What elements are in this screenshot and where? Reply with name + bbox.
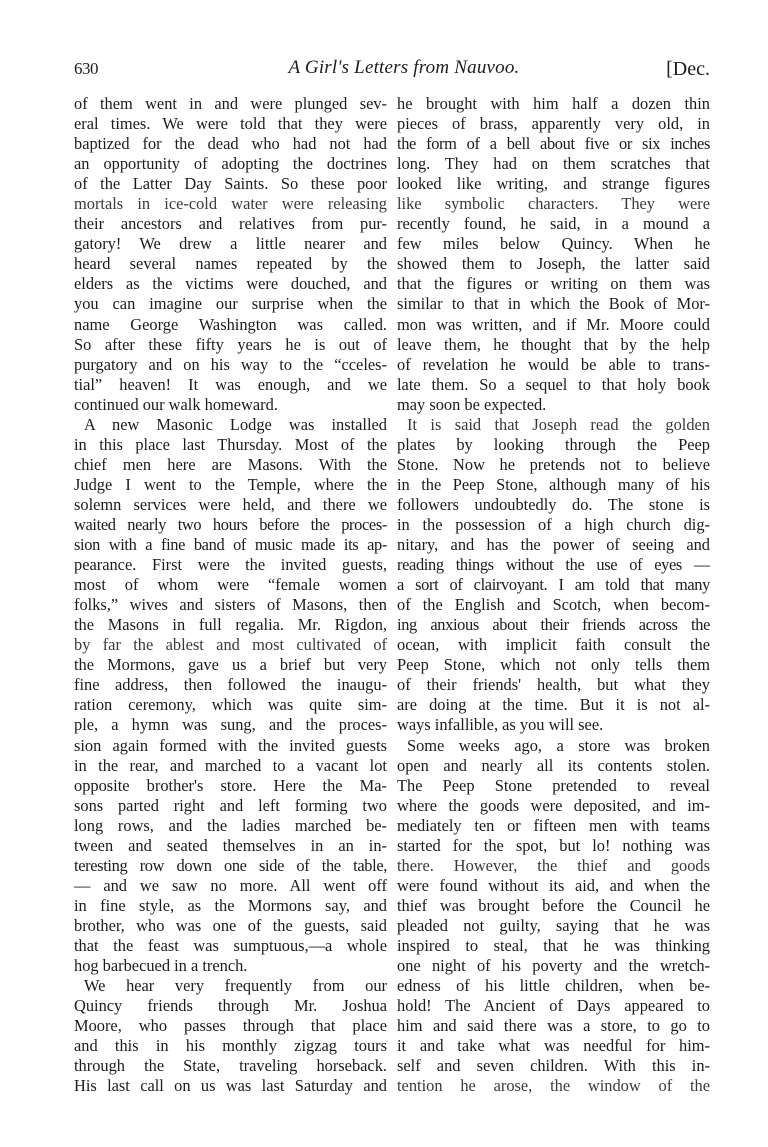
right-column-line: started for the spot, but lo! nothing wa… (397, 836, 710, 856)
right-column-line: may soon be expected. (397, 395, 710, 415)
left-column-line: that the feast was sumptuous,—a whole (74, 936, 387, 956)
right-column-line: there. However, the thief and goods (397, 856, 710, 876)
month-marker: [Dec. (666, 58, 710, 81)
right-column-line: a sort of clairvoyant. I am told that ma… (397, 575, 710, 595)
right-column-line: Stone. Now he pretends not to believe (397, 455, 710, 475)
left-column-line: eral times. We were told that they were (74, 114, 387, 134)
left-column-line: sion with a fine band of music made its … (74, 535, 387, 555)
left-column-line: brother, who was one of the guests, said (74, 916, 387, 936)
right-column-line: pieces of brass, apparently very old, in (397, 114, 710, 134)
left-column-line: A new Masonic Lodge was installed (74, 415, 387, 435)
right-column-line: of revelation he would be able to trans- (397, 355, 710, 375)
left-column-line: opposite brother's store. Here the Ma- (74, 776, 387, 796)
right-column-line: late them. So a sequel to that holy book (397, 375, 710, 395)
right-column-line: where the goods were deposited, and im- (397, 796, 710, 816)
left-column-line: of the Latter Day Saints. So these poor (74, 174, 387, 194)
right-column-line: the form of a bell about five or six inc… (397, 134, 710, 154)
right-column-line: recently found, he said, in a mound a (397, 214, 710, 234)
right-column-line: thief was brought before the Council he (397, 896, 710, 916)
right-column-line: mediately ten or fifteen men with teams (397, 816, 710, 836)
left-column-line: fine address, then followed the inaugu- (74, 675, 387, 695)
left-column-line: sion again formed with the invited guest… (74, 736, 387, 756)
page-header: 630 A Girl's Letters from Nauvoo. [Dec. (74, 56, 710, 86)
left-column-line: Judge I went to the Temple, where the (74, 475, 387, 495)
left-column-line: in fine style, as the Mormons say, and (74, 896, 387, 916)
left-column-line: by far the ablest and most cultivated of (74, 635, 387, 655)
left-column-line: most of whom were “female women (74, 575, 387, 595)
right-column-line: long. They had on them scratches that (397, 154, 710, 174)
right-column-line: like symbolic characters. They were (397, 194, 710, 214)
right-column-line: leave them, he thought that by the help (397, 335, 710, 355)
right-column-line: tention he arose, the window of the (397, 1076, 710, 1096)
left-column-line: the Mormons, gave us a brief but very (74, 655, 387, 675)
right-column-line: plates by looking through the Peep (397, 435, 710, 455)
right-column: he brought with him half a dozen thinpie… (397, 94, 710, 1096)
left-column-line: Moore, who passes through that place (74, 1016, 387, 1036)
right-column-line: him and said there was a store, to go to (397, 1016, 710, 1036)
left-column-line: teresting row down one side of the table… (74, 856, 387, 876)
document-page: 630 A Girl's Letters from Nauvoo. [Dec. … (0, 0, 768, 1147)
right-column-line: It is said that Joseph read the golden (397, 415, 710, 435)
left-column-line: chief men here are Masons. With the (74, 455, 387, 475)
left-column-line: name George Washington was called. (74, 315, 387, 335)
left-column-line: ple, a hymn was sung, and the proces- (74, 715, 387, 735)
left-column-line: an opportunity of adopting the doctrines (74, 154, 387, 174)
left-column-line: and this in his monthly zigzag tours (74, 1036, 387, 1056)
right-column-line: followers undoubtedly do. The stone is (397, 495, 710, 515)
right-column-line: nitary, and has the power of seeing and (397, 535, 710, 555)
left-column-line: in the rear, and marched to a vacant lot (74, 756, 387, 776)
right-column-line: Some weeks ago, a store was broken (397, 736, 710, 756)
right-column-line: ing anxious about their friends across t… (397, 615, 710, 635)
left-column-line: long rows, and the ladies marched be- (74, 816, 387, 836)
left-column-line: elders as the victims were douched, and (74, 274, 387, 294)
right-column-line: The Peep Stone pretended to reveal (397, 776, 710, 796)
left-column-line: gatory! We drew a little nearer and (74, 234, 387, 254)
left-column-line: His last call on us was last Saturday an… (74, 1076, 387, 1096)
left-column-line: baptized for the dead who had not had (74, 134, 387, 154)
left-column-line: tween and seated themselves in an in- (74, 836, 387, 856)
left-column-line: continued our walk homeward. (74, 395, 387, 415)
right-column-line: in the possession of a high church dig- (397, 515, 710, 535)
left-column-line: So after these fifty years he is out of (74, 335, 387, 355)
left-column-line: pearance. First were the invited guests, (74, 555, 387, 575)
right-column-line: pleaded not guilty, saying that he was (397, 916, 710, 936)
left-column-line: waited nearly two hours before the proce… (74, 515, 387, 535)
left-column-line: of them went in and were plunged sev- (74, 94, 387, 114)
right-column-line: that the figures or writing on them was (397, 274, 710, 294)
left-column-line: through the State, traveling horseback. (74, 1056, 387, 1076)
right-column-line: similar to that in which the Book of Mor… (397, 294, 710, 314)
right-column-line: it and take what was needful for him- (397, 1036, 710, 1056)
left-column-line: hog barbecued in a trench. (74, 956, 387, 976)
left-column-line: their ancestors and relatives from pur- (74, 214, 387, 234)
right-column-line: mon was written, and if Mr. Moore could (397, 315, 710, 335)
left-column-line: We hear very frequently from our (74, 976, 387, 996)
right-column-line: are doing at the time. But it is not al- (397, 695, 710, 715)
right-column-line: looked like writing, and strange figures (397, 174, 710, 194)
left-column-line: heard several names repeated by the (74, 254, 387, 274)
left-column-line: you can imagine our surprise when the (74, 294, 387, 314)
right-column-line: reading things without the use of eyes — (397, 555, 710, 575)
right-column-line: self and seven children. With this in- (397, 1056, 710, 1076)
left-column-line: sons parted right and left forming two (74, 796, 387, 816)
left-column-line: folks,” wives and sisters of Masons, the… (74, 595, 387, 615)
right-column-line: edness of his little children, when be- (397, 976, 710, 996)
right-column-line: of their friends' health, but what they (397, 675, 710, 695)
left-column-line: ration ceremony, which was quite sim- (74, 695, 387, 715)
right-column-line: ways infallible, as you will see. (397, 715, 710, 735)
right-column-line: showed them to Joseph, the latter said (397, 254, 710, 274)
left-column-line: solemn services were held, and there we (74, 495, 387, 515)
right-column-line: of the English and Scotch, when becom- (397, 595, 710, 615)
right-column-line: ocean, with implicit faith consult the (397, 635, 710, 655)
right-column-line: hold! The Ancient of Days appeared to (397, 996, 710, 1016)
left-column-line: Quincy friends through Mr. Joshua (74, 996, 387, 1016)
left-column-line: the Masons in full regalia. Mr. Rigdon, (74, 615, 387, 635)
right-column-line: Peep Stone, which not only tells them (397, 655, 710, 675)
left-column-line: purgatory and on his way to the “cceles- (74, 355, 387, 375)
right-column-line: one night of his poverty and the wretch- (397, 956, 710, 976)
right-column-line: were found without its aid, and when the (397, 876, 710, 896)
right-column-line: he brought with him half a dozen thin (397, 94, 710, 114)
right-column-line: open and nearly all its contents stolen. (397, 756, 710, 776)
left-column-line: — and we saw no more. All went off (74, 876, 387, 896)
left-column-line: mortals in ice-cold water were releasing (74, 194, 387, 214)
running-title: A Girl's Letters from Nauvoo. (74, 57, 710, 79)
right-column-line: in the Peep Stone, although many of his (397, 475, 710, 495)
left-column: of them went in and were plunged sev-era… (74, 94, 387, 1096)
right-column-line: few miles below Quincy. When he (397, 234, 710, 254)
right-column-line: inspired to steal, that he was thinking (397, 936, 710, 956)
left-column-line: in this place last Thursday. Most of the (74, 435, 387, 455)
left-column-line: tial” heaven! It was enough, and we (74, 375, 387, 395)
